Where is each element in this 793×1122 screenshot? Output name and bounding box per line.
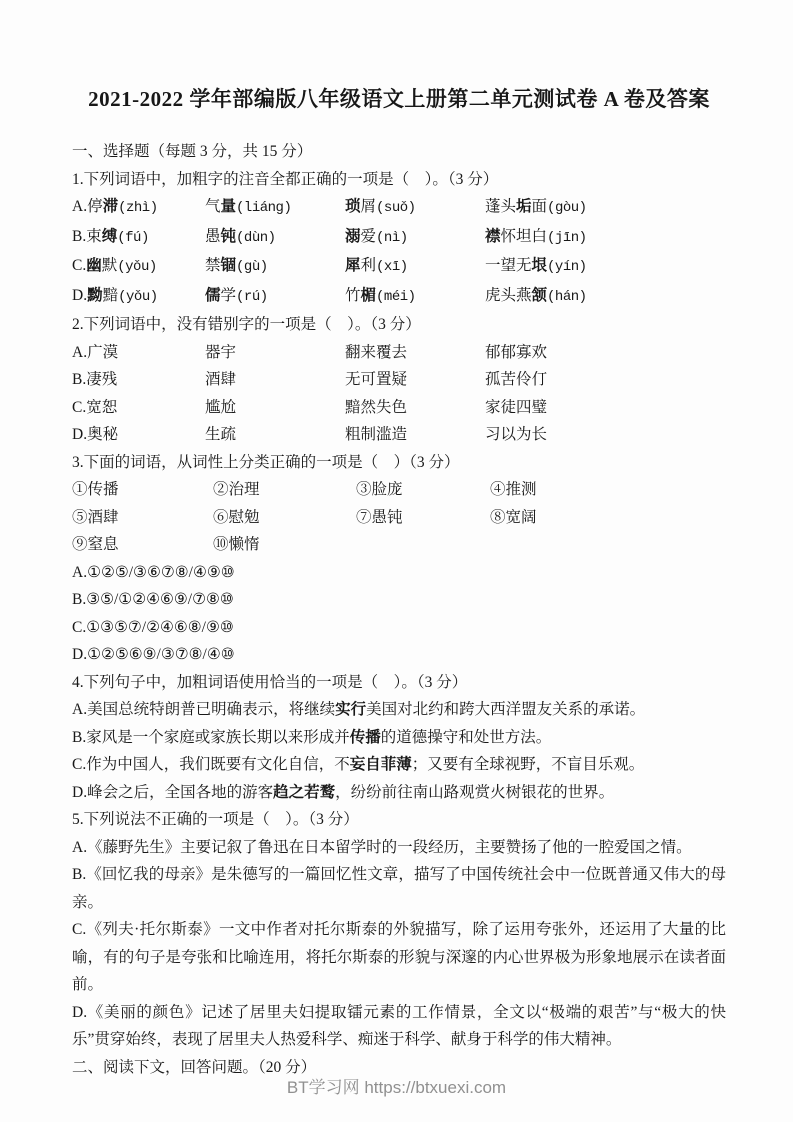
q1-word-grid: A.停滞(zhì)气量(liáng)琐屑(suǒ)蓬头垢面(gòu)B.束缚(f… [72, 193, 726, 311]
pinyin-annotation: (nì) [376, 230, 408, 246]
pinyin-annotation: (fú) [117, 230, 149, 246]
pinyin-annotation: (hán) [547, 289, 587, 305]
grid-cell: 孤苦伶仃 [485, 366, 726, 394]
bold-term: 传播 [350, 729, 381, 746]
q3-option-a: A.①②⑤/③⑥⑦⑧/④⑨⑩ [72, 559, 726, 587]
pinyin-annotation: (suǒ) [376, 200, 416, 216]
text-segment: A.①②⑤/③⑥⑦⑧/④⑨⑩ [72, 564, 235, 581]
text-segment: ④推测 [490, 481, 537, 498]
text-segment: A.停 [72, 198, 103, 215]
pinyin-annotation: (yín) [547, 259, 587, 275]
text-segment: C.①③⑤⑦/②④⑥⑧/⑨⑩ [72, 619, 234, 636]
grid-cell: 生疏 [205, 421, 345, 449]
text-segment: 黯然失色 [345, 399, 407, 416]
bold-term: 溺 [345, 228, 361, 245]
text-segment: D.奥秘 [72, 426, 118, 443]
grid-cell: 儒学(rú) [205, 282, 345, 312]
text-segment: 默 [102, 257, 118, 274]
q5-option-d: D.《美丽的颜色》记述了居里夫妇提取镭元素的工作情景，全文以“极端的艰苦”与“极… [72, 999, 726, 1054]
grid-cell: 黯然失色 [345, 394, 485, 422]
text-segment: 禁 [205, 257, 221, 274]
text-segment: 2.下列词语中，没有错别字的一项是（ ）。（3 分） [72, 316, 421, 333]
text-segment: 的道德操守和处世方法。 [381, 729, 552, 746]
bold-term: 滞 [103, 198, 119, 215]
text-segment: 酒肆 [205, 371, 236, 388]
text-segment: ①传播 [72, 481, 119, 498]
text-segment: A.美国总统特朗普已明确表示，将继续 [72, 701, 335, 718]
section-1-heading: 一、选择题（每题 3 分，共 15 分） [72, 138, 726, 166]
bold-term: 楣 [361, 287, 377, 304]
text-segment: ②治理 [213, 481, 260, 498]
text-segment: 尴尬 [205, 399, 236, 416]
grid-cell: ①传播 [72, 476, 213, 504]
grid-cell [356, 531, 490, 559]
grid-cell: 琐屑(suǒ) [345, 193, 485, 223]
bold-term: 妄自菲薄 [350, 756, 412, 773]
text-segment: C.《列夫·托尔斯泰》一文中作者对托尔斯泰的外貌描写，除了运用夸张外，还运用了大… [72, 921, 726, 993]
bold-term: 缚 [102, 228, 118, 245]
bold-term: 钝 [221, 228, 237, 245]
text-segment: A.《藤野先生》主要记叙了鲁迅在日本留学时的一段经历，主要赞扬了他的一腔爱国之情… [72, 839, 692, 856]
bold-term: 量 [221, 198, 237, 215]
q3-item-grid: ①传播②治理③脸庞④推测⑤酒肆⑥慰勉⑦愚钝⑧宽阔⑨窒息⑩懒惰 [72, 476, 726, 559]
grid-cell: 竹楣(méi) [345, 282, 485, 312]
q5-stem: 5.下列说法不正确的一项是（ ）。（3 分） [72, 806, 726, 834]
text-segment: ⑨窒息 [72, 536, 119, 553]
grid-cell: 家徒四璧 [485, 394, 726, 422]
text-segment: 黯 [103, 287, 119, 304]
text-segment: ；又要有全球视野，不盲目乐观。 [412, 756, 645, 773]
text-segment: C.作为中国人，我们既要有文化自信，不 [72, 756, 350, 773]
grid-cell: D.黝黯(yǒu) [72, 282, 205, 312]
text-segment: 学 [221, 287, 237, 304]
text-segment: D.《美丽的颜色》记述了居里夫妇提取镭元素的工作情景，全文以“极端的艰苦”与“极… [72, 1004, 726, 1049]
pinyin-annotation: (liáng) [236, 200, 291, 216]
grid-cell: 酒肆 [205, 366, 345, 394]
document-body: 一、选择题（每题 3 分，共 15 分）1.下列词语中，加粗字的注音全都正确的一… [72, 138, 726, 1081]
q4-option-b: B.家风是一个家庭或家族长期以来形成并传播的道德操守和处世方法。 [72, 724, 726, 752]
grid-cell [490, 531, 726, 559]
text-segment: A.广漠 [72, 344, 118, 361]
text-segment: 孤苦伶仃 [485, 371, 547, 388]
grid-cell: 一望无垠(yín) [485, 252, 726, 282]
text-segment: 5.下列说法不正确的一项是（ ）。（3 分） [72, 811, 359, 828]
text-segment: 美国对北约和跨大西洋盟友关系的承诺。 [366, 701, 645, 718]
text-segment: ⑦愚钝 [356, 509, 403, 526]
bold-term: 幽 [86, 257, 102, 274]
text-segment: 生疏 [205, 426, 236, 443]
grid-cell: B.束缚(fú) [72, 223, 205, 253]
text-segment: 郁郁寡欢 [485, 344, 547, 361]
pinyin-annotation: (gòu) [547, 200, 587, 216]
bold-term: 儒 [205, 287, 221, 304]
grid-cell: B.凄残 [72, 366, 205, 394]
text-segment: 虎头燕 [485, 287, 532, 304]
q3-stem: 3.下面的词语，从词性上分类正确的一项是（ ）（3 分） [72, 449, 726, 477]
q3-option-d: D.①②⑤⑥⑨/③⑦⑧/④⑩ [72, 641, 726, 669]
pinyin-annotation: (jīn) [547, 230, 587, 246]
text-segment: 屑 [361, 198, 377, 215]
test-paper: 2021-2022 学年部编版八年级语文上册第二单元测试卷 A 卷及答案 一、选… [72, 84, 726, 1081]
text-segment: D. [72, 287, 87, 304]
text-segment: 怀坦白 [501, 228, 548, 245]
text-segment: B.束 [72, 228, 102, 245]
pinyin-annotation: (dùn) [236, 230, 276, 246]
text-segment: 3.下面的词语，从词性上分类正确的一项是（ ）（3 分） [72, 454, 460, 471]
bold-term: 黝 [87, 287, 103, 304]
q5-option-c: C.《列夫·托尔斯泰》一文中作者对托尔斯泰的外貌描写，除了运用夸张外，还运用了大… [72, 916, 726, 999]
text-segment: 粗制滥造 [345, 426, 407, 443]
text-segment: C. [72, 257, 86, 274]
grid-cell: ⑧宽阔 [490, 504, 726, 532]
text-segment: 习以为长 [485, 426, 547, 443]
grid-cell: ③脸庞 [356, 476, 490, 504]
grid-cell: 尴尬 [205, 394, 345, 422]
grid-cell: 愚钝(dùn) [205, 223, 345, 253]
grid-cell: 蓬头垢面(gòu) [485, 193, 726, 223]
grid-cell: 气量(liáng) [205, 193, 345, 223]
text-segment: ⑧宽阔 [490, 509, 537, 526]
q4-option-a: A.美国总统特朗普已明确表示，将继续实行美国对北约和跨大西洋盟友关系的承诺。 [72, 696, 726, 724]
text-segment: 爱 [361, 228, 377, 245]
text-segment: 无可置疑 [345, 371, 407, 388]
text-segment: 翻来覆去 [345, 344, 407, 361]
text-segment: 面 [532, 198, 548, 215]
pinyin-annotation: (zhì) [118, 200, 158, 216]
text-segment: 竹 [345, 287, 361, 304]
q5-option-a: A.《藤野先生》主要记叙了鲁迅在日本留学时的一段经历，主要赞扬了他的一腔爱国之情… [72, 834, 726, 862]
bold-term: 琐 [345, 198, 361, 215]
grid-cell: 无可置疑 [345, 366, 485, 394]
grid-cell: 禁锢(gù) [205, 252, 345, 282]
text-segment: B.凄残 [72, 371, 117, 388]
grid-cell: 器宇 [205, 339, 345, 367]
bold-term: 趋之若鹜 [273, 784, 335, 801]
q3-option-c: C.①③⑤⑦/②④⑥⑧/⑨⑩ [72, 614, 726, 642]
text-segment: B.《回忆我的母亲》是朱德写的一篇回忆性文章，描写了中国传统社会中一位既普通又伟… [72, 866, 726, 911]
q4-stem: 4.下列句子中，加粗词语使用恰当的一项是（ ）。（3 分） [72, 669, 726, 697]
text-segment: ⑥慰勉 [213, 509, 260, 526]
pinyin-annotation: (yǒu) [118, 289, 158, 305]
grid-cell: ②治理 [213, 476, 356, 504]
grid-cell: 习以为长 [485, 421, 726, 449]
grid-cell: 虎头燕颔(hán) [485, 282, 726, 312]
grid-cell: 郁郁寡欢 [485, 339, 726, 367]
pinyin-annotation: (yǒu) [117, 259, 157, 275]
pinyin-annotation: (méi) [376, 289, 416, 305]
text-segment: B.③⑤/①②④⑥⑨/⑦⑧⑩ [72, 591, 234, 608]
text-segment: ③脸庞 [356, 481, 403, 498]
text-segment: 利 [361, 257, 377, 274]
pinyin-annotation: (xī) [376, 259, 408, 275]
text-segment: 4.下列句子中，加粗词语使用恰当的一项是（ ）。（3 分） [72, 674, 467, 691]
grid-cell: ⑥慰勉 [213, 504, 356, 532]
text-segment: 愚 [205, 228, 221, 245]
text-segment: C.宽恕 [72, 399, 117, 416]
q1-stem: 1.下列词语中，加粗字的注音全都正确的一项是（ ）。（3 分） [72, 166, 726, 194]
text-segment: D.峰会之后，全国各地的游客 [72, 784, 273, 801]
bold-term: 襟 [485, 228, 501, 245]
q3-option-b: B.③⑤/①②④⑥⑨/⑦⑧⑩ [72, 586, 726, 614]
q2-word-grid: A.广漠器宇翻来覆去郁郁寡欢B.凄残酒肆无可置疑孤苦伶仃C.宽恕尴尬黯然失色家徒… [72, 339, 726, 449]
grid-cell: D.奥秘 [72, 421, 205, 449]
text-segment: 一、选择题（每题 3 分，共 15 分） [72, 143, 312, 160]
grid-cell: ④推测 [490, 476, 726, 504]
grid-cell: A.广漠 [72, 339, 205, 367]
text-segment: 一望无 [485, 257, 532, 274]
grid-cell: ⑦愚钝 [356, 504, 490, 532]
grid-cell: ⑤酒肆 [72, 504, 213, 532]
bold-term: 颔 [532, 287, 548, 304]
grid-cell: 襟怀坦白(jīn) [485, 223, 726, 253]
bold-term: 实行 [335, 701, 366, 718]
grid-cell: 粗制滥造 [345, 421, 485, 449]
grid-cell: ⑩懒惰 [213, 531, 356, 559]
pinyin-annotation: (rú) [236, 289, 268, 305]
q4-option-c: C.作为中国人，我们既要有文化自信，不妄自菲薄；又要有全球视野，不盲目乐观。 [72, 751, 726, 779]
bold-term: 垠 [532, 257, 548, 274]
text-segment: ⑩懒惰 [213, 536, 260, 553]
grid-cell: A.停滞(zhì) [72, 193, 205, 223]
text-segment: ，纷纷前往南山路观赏火树银花的世界。 [335, 784, 614, 801]
grid-cell: ⑨窒息 [72, 531, 213, 559]
q5-option-b: B.《回忆我的母亲》是朱德写的一篇回忆性文章，描写了中国传统社会中一位既普通又伟… [72, 861, 726, 916]
text-segment: 气 [205, 198, 221, 215]
grid-cell: 溺爱(nì) [345, 223, 485, 253]
pinyin-annotation: (gù) [236, 259, 268, 275]
bold-term: 垢 [516, 198, 532, 215]
text-segment: D.①②⑤⑥⑨/③⑦⑧/④⑩ [72, 646, 235, 663]
text-segment: 器宇 [205, 344, 236, 361]
q4-option-d: D.峰会之后，全国各地的游客趋之若鹜，纷纷前往南山路观赏火树银花的世界。 [72, 779, 726, 807]
grid-cell: C.幽默(yǒu) [72, 252, 205, 282]
page-title: 2021-2022 学年部编版八年级语文上册第二单元测试卷 A 卷及答案 [72, 84, 726, 114]
q2-stem: 2.下列词语中，没有错别字的一项是（ ）。（3 分） [72, 311, 726, 339]
bold-term: 锢 [221, 257, 237, 274]
text-segment: B.家风是一个家庭或家族长期以来形成并 [72, 729, 350, 746]
grid-cell: C.宽恕 [72, 394, 205, 422]
text-segment: 1.下列词语中，加粗字的注音全都正确的一项是（ ）。（3 分） [72, 171, 498, 188]
text-segment: 蓬头 [485, 198, 516, 215]
site-watermark: BT学习网 https://btxuexi.com [0, 1073, 793, 1098]
bold-term: 犀 [345, 257, 361, 274]
grid-cell: 犀利(xī) [345, 252, 485, 282]
grid-cell: 翻来覆去 [345, 339, 485, 367]
text-segment: 家徒四璧 [485, 399, 547, 416]
text-segment: ⑤酒肆 [72, 509, 119, 526]
